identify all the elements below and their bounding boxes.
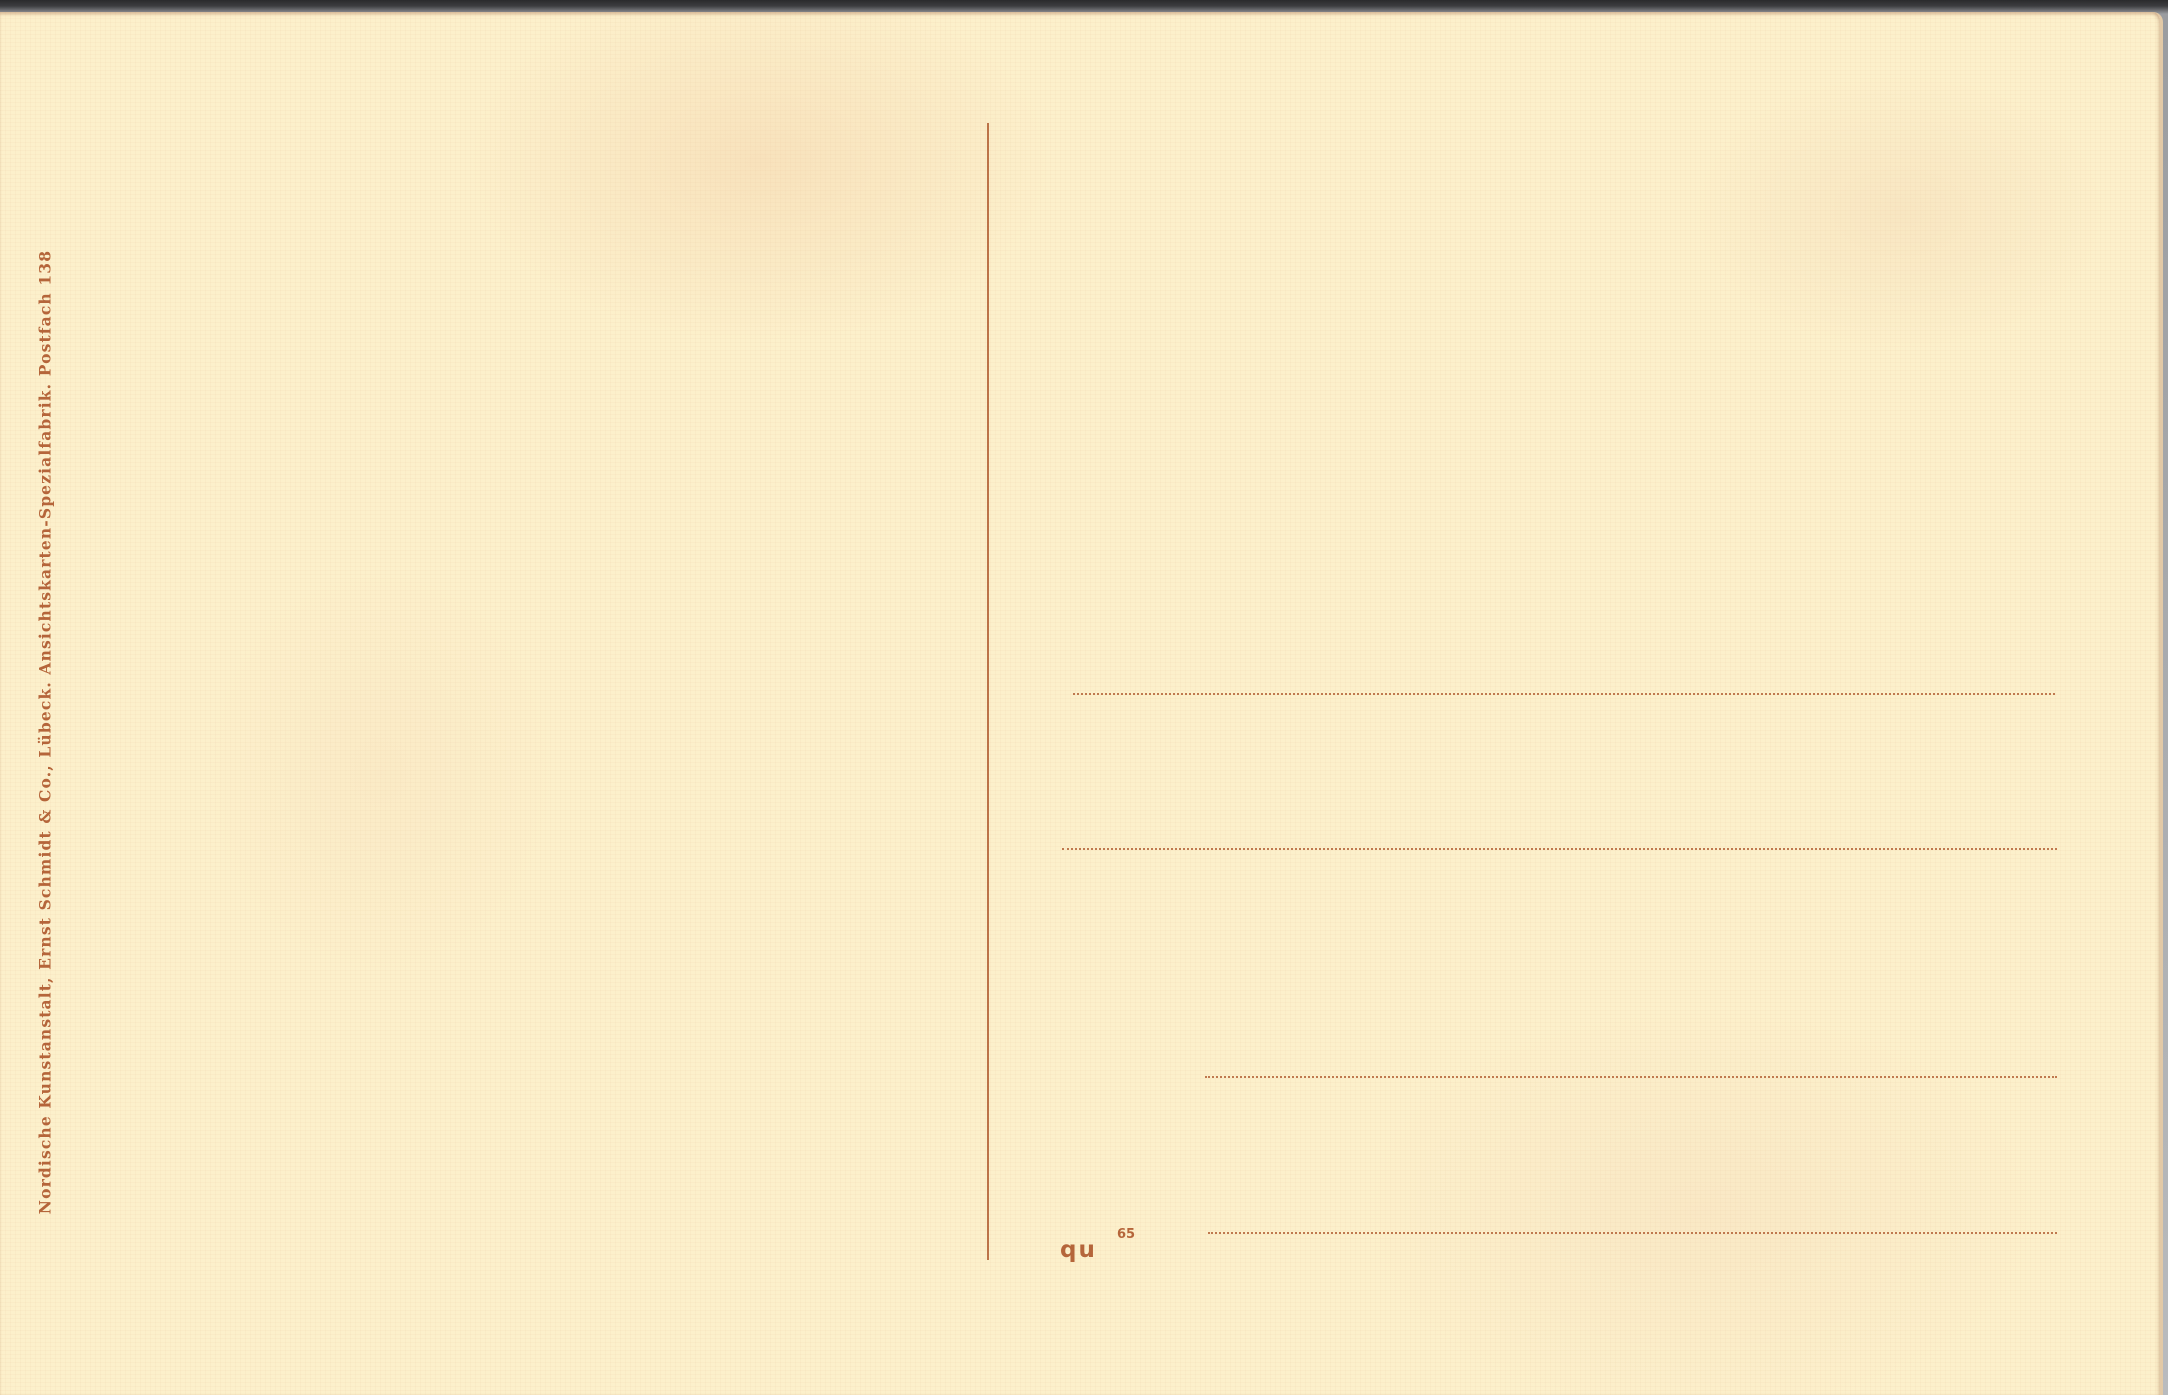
catalog-code: qu 65 (1060, 1237, 1097, 1263)
postcard-back: Nordische Kunstanstalt, Ernst Schmidt & … (0, 12, 2163, 1395)
address-line-1 (1073, 693, 2055, 695)
address-line-2 (1062, 848, 2057, 850)
scan-background: Nordische Kunstanstalt, Ernst Schmidt & … (0, 0, 2168, 1395)
catalog-code-superscript: 65 (1117, 1227, 1135, 1242)
message-address-divider (987, 123, 989, 1260)
address-line-4 (1208, 1232, 2057, 1234)
catalog-code-main: qu (1060, 1237, 1097, 1263)
publisher-imprint: Nordische Kunstanstalt, Ernst Schmidt & … (36, 250, 55, 1214)
address-line-3 (1205, 1076, 2057, 1078)
